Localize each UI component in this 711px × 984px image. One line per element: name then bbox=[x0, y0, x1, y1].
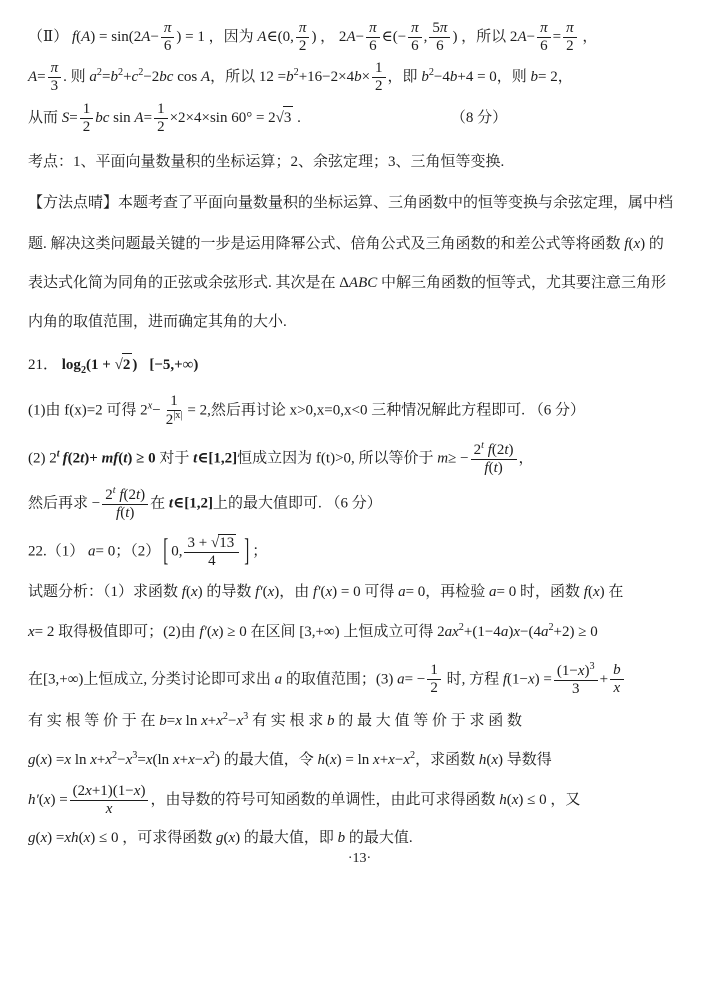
text-run: 6 bbox=[369, 38, 377, 54]
text-run: ) 的 bbox=[640, 236, 664, 252]
text-run: 时, 方程 bbox=[443, 671, 503, 687]
text-run: ，由导数的符号可知函数的单调性，由此可求得函数 bbox=[150, 792, 499, 808]
text-run: ) bbox=[140, 487, 145, 503]
method-note-2: 题. 解决这类问题最关键的一步是运用降幂公式、倍角公式及三角函数的和差公式等将函… bbox=[28, 233, 691, 256]
text-run: +16−2×4 bbox=[299, 69, 354, 85]
text-run: −4 bbox=[434, 69, 450, 85]
text-run: a bbox=[89, 69, 97, 85]
math-fraction: 12 bbox=[427, 662, 441, 698]
text-run: 2 bbox=[375, 78, 383, 94]
text-run: +2) ≥ 0 bbox=[554, 624, 598, 640]
text-run: −2 bbox=[143, 69, 159, 85]
text-run: ln bbox=[182, 713, 201, 729]
text-run: (ln bbox=[153, 752, 173, 768]
text-run: = − bbox=[405, 671, 426, 687]
fraction-denominator: 2 bbox=[154, 119, 168, 136]
text-run: = bbox=[69, 110, 77, 126]
text-run: ) = 0 可得 bbox=[332, 584, 398, 600]
text-run: = bbox=[553, 29, 561, 45]
document-page: （Ⅱ） f(A) = sin(2A−π6) = 1 ，因为 A∈(0,π2) ，… bbox=[0, 0, 711, 984]
radicand: 2 bbox=[122, 353, 133, 377]
text-run: (2) 2 bbox=[28, 451, 57, 467]
analysis-6: h′(x) =(2x+1)(1−x)x，由导数的符号可知函数的单调性，由此可求得… bbox=[28, 783, 691, 819]
text-run: ) 导数得 bbox=[498, 752, 552, 768]
math-sqrt: √3 bbox=[276, 106, 294, 130]
analysis-4: 有 实 根 等 价 于 在 b=x ln x+x2−x3 有 实 根 求 b 的… bbox=[28, 710, 691, 733]
text-run: π bbox=[299, 20, 307, 36]
text-run: a bbox=[489, 584, 497, 600]
method-note-3: 表达式化简为同角的正弦或余弦形式. 其次是在 ΔABC 中解三角函数的恒等式，尤… bbox=[28, 272, 691, 295]
fraction-denominator: 6 bbox=[161, 38, 175, 55]
text-run: 1 bbox=[170, 393, 178, 409]
text-run: ) 的最大值，即 bbox=[235, 830, 338, 846]
text-run: x bbox=[28, 624, 35, 640]
fraction-numerator: 3 + √13 bbox=[184, 534, 239, 553]
math-fraction: 12|x| bbox=[163, 393, 186, 430]
page-footer: ·13· bbox=[28, 851, 691, 867]
text-run: (2 bbox=[123, 487, 136, 503]
text-run: a bbox=[88, 544, 96, 560]
fraction-denominator: f(t) bbox=[481, 460, 505, 477]
text-run: 对于 bbox=[156, 451, 194, 467]
text-run: f′ bbox=[199, 624, 206, 640]
math-fraction: π6 bbox=[366, 20, 380, 56]
text-run: − bbox=[195, 752, 203, 768]
fraction-numerator: 2t f(2t) bbox=[102, 486, 148, 505]
text-run: 恒成立因为 f(t)>0, 所以等价于 bbox=[237, 451, 437, 467]
text-run: π bbox=[51, 60, 59, 76]
text-run: log bbox=[62, 357, 81, 373]
analysis-5: g(x) =x ln x+x2−x3=x(ln x+x−x2) 的最大值，令 h… bbox=[28, 749, 691, 772]
text-run: A bbox=[28, 69, 37, 85]
text-run: mf bbox=[102, 451, 119, 467]
text-run: ∈(− bbox=[382, 29, 407, 45]
text-run: ABC bbox=[349, 275, 377, 291]
text-run: . bbox=[293, 110, 301, 126]
text-run: xh bbox=[64, 830, 78, 846]
math-sqrt: √2 bbox=[115, 353, 133, 377]
text-run: 6 bbox=[164, 38, 172, 54]
method-note-4: 内角的取值范围，进而确定其角的大小. bbox=[28, 311, 691, 334]
text-run: ) 的最大值，令 bbox=[215, 752, 318, 768]
math-fraction: π2 bbox=[563, 20, 577, 56]
text-run: π bbox=[440, 20, 448, 36]
text-run: 2 bbox=[299, 38, 307, 54]
text-run: ) ，所以 2 bbox=[452, 29, 517, 45]
fraction-numerator: 1 bbox=[80, 101, 94, 119]
text-run: 题. 解决这类问题最关键的一步是运用降幂公式、倍角公式及三角函数的和差公式等将函… bbox=[28, 236, 624, 252]
text-run: h′ bbox=[28, 792, 39, 808]
text-run: ) ， 2 bbox=[311, 29, 346, 45]
math-fraction: π6 bbox=[408, 20, 422, 56]
text-run: cos bbox=[173, 69, 201, 85]
text-run: ) = bbox=[47, 752, 64, 768]
text-run: 3 + bbox=[187, 535, 210, 551]
fraction-denominator: 3 bbox=[569, 681, 583, 698]
text-run: , bbox=[424, 29, 428, 45]
text-run: x bbox=[85, 783, 92, 799]
text-run: [ bbox=[163, 529, 168, 576]
text-run: = bbox=[37, 69, 45, 85]
text-run: 1 bbox=[375, 60, 383, 76]
text-run: （8 分） bbox=[451, 110, 507, 126]
sol-II-line-3: 从而 S=12bc sin A=12×2×4×sin 60° = 2√3 .（8… bbox=[28, 101, 691, 137]
math-fraction: bx bbox=[610, 662, 624, 698]
text-run: +(1−4 bbox=[464, 624, 501, 640]
text-run: π bbox=[540, 20, 548, 36]
text-run: (1− bbox=[507, 671, 528, 687]
text-run: x bbox=[593, 584, 600, 600]
text-run: 3 bbox=[51, 78, 59, 94]
text-run: π bbox=[411, 20, 419, 36]
text-run: x bbox=[373, 752, 380, 768]
text-run: = bbox=[167, 713, 175, 729]
text-run: = bbox=[144, 110, 152, 126]
fraction-numerator: π bbox=[408, 20, 422, 38]
text-run: g bbox=[28, 752, 36, 768]
text-run: （Ⅱ） bbox=[28, 29, 72, 45]
text-run: x bbox=[403, 752, 410, 768]
fraction-numerator: π bbox=[161, 20, 175, 38]
text-run: ) 的导数 bbox=[198, 584, 256, 600]
text-run: + bbox=[208, 713, 216, 729]
text-run: b bbox=[159, 713, 167, 729]
ans-21: 21． log2(1 + √2)[−5,+∞) bbox=[28, 353, 691, 377]
text-run: π bbox=[566, 20, 574, 36]
fraction-denominator: 6 bbox=[537, 38, 551, 55]
radicand: 3 bbox=[283, 106, 294, 130]
text-run: 1 bbox=[157, 101, 165, 117]
math-fraction: 5π6 bbox=[429, 20, 450, 56]
fraction-denominator: 2 bbox=[563, 38, 577, 55]
text-run: ) = bbox=[50, 792, 67, 808]
text-run: x bbox=[106, 801, 113, 817]
text-run: )+ bbox=[84, 451, 101, 467]
text-run: (2 bbox=[68, 451, 81, 467]
fraction-denominator: x bbox=[610, 680, 623, 697]
text-run: |x| bbox=[173, 410, 182, 421]
text-run: . 则 bbox=[63, 69, 89, 85]
text-run: 考点：1、平面向量数量积的坐标运算；2、余弦定理；3、三角恒等变换. bbox=[28, 154, 504, 170]
fraction-denominator: 2 bbox=[372, 78, 386, 95]
text-run: x bbox=[146, 752, 153, 768]
fraction-numerator: 1 bbox=[167, 393, 181, 411]
text-run: a bbox=[398, 584, 406, 600]
fraction-denominator: 6 bbox=[366, 38, 380, 55]
text-run: 1 bbox=[430, 662, 438, 678]
text-run: b bbox=[286, 69, 294, 85]
text-run: f bbox=[484, 442, 492, 458]
text-run: x bbox=[528, 671, 535, 687]
text-run: + bbox=[123, 69, 131, 85]
text-run: = 2 取得极值即可；(2)由 bbox=[35, 624, 200, 640]
text-run: 试题分析：（1）求函数 bbox=[28, 584, 182, 600]
text-run: 在 bbox=[150, 495, 169, 511]
math-fraction: 2t f(2t)f(t) bbox=[102, 486, 148, 523]
text-run: ≥ − bbox=[448, 451, 468, 467]
text-run: A bbox=[517, 29, 526, 45]
text-run: 3 bbox=[572, 681, 580, 697]
fraction-denominator: f(t) bbox=[113, 505, 137, 522]
math-fraction: (2x+1)(1−x)x bbox=[70, 783, 149, 819]
method-note-1: 【方法点晴】本题考查了平面向量数量积的坐标运算、三角函数中的恒等变换与余弦定理，… bbox=[28, 192, 691, 215]
fraction-denominator: x bbox=[103, 801, 116, 818]
fraction-numerator: 1 bbox=[154, 101, 168, 119]
text-run: (1− bbox=[557, 663, 578, 679]
text-run: x bbox=[513, 624, 520, 640]
math-fraction: 3 + √134 bbox=[184, 534, 239, 571]
text-run: m bbox=[437, 451, 448, 467]
text-run: sin bbox=[109, 110, 134, 126]
text-run: 2 bbox=[157, 119, 165, 135]
text-run: g bbox=[28, 830, 36, 846]
text-run: ) ≥ 0 在区间 [3,+∞) 上恒成立可得 2 bbox=[219, 624, 445, 640]
text-run: [−5,+∞) bbox=[149, 357, 198, 373]
math-fraction: π2 bbox=[296, 20, 310, 56]
text-run: ax bbox=[445, 624, 459, 640]
analysis-2: x= 2 取得极值即可；(2)由 f′(x) ≥ 0 在区间 [3,+∞) 上恒… bbox=[28, 621, 691, 644]
page-number: ·13· bbox=[348, 851, 371, 866]
text-run: 内角的取值范围，进而确定其角的大小. bbox=[28, 314, 287, 330]
kaodian: 考点：1、平面向量数量积的坐标运算；2、余弦定理；3、三角恒等变换. bbox=[28, 151, 691, 174]
fraction-denominator: 3 bbox=[48, 78, 62, 95]
text-run: 上的最大值即可. （6 分） bbox=[213, 495, 382, 511]
text-run: f′ bbox=[255, 584, 262, 600]
text-run: 21． bbox=[28, 357, 62, 373]
text-run: 然后再求 − bbox=[28, 495, 100, 511]
text-run: − bbox=[527, 29, 535, 45]
sol-II-line-2: A=π3. 则 a2=b2+c2−2bc cos A，所以 12 =b2+16−… bbox=[28, 60, 691, 96]
text-run: ，所以 12 = bbox=[210, 69, 286, 85]
text-run: x bbox=[330, 752, 337, 768]
text-run: h bbox=[499, 792, 507, 808]
text-run: A bbox=[134, 110, 143, 126]
text-run: x bbox=[191, 584, 198, 600]
sol-II-line-1: （Ⅱ） f(A) = sin(2A−π6) = 1 ，因为 A∈(0,π2) ，… bbox=[28, 20, 691, 56]
fraction-numerator: π bbox=[366, 20, 380, 38]
ans-21-1: (1)由 f(x)=2 可得 2x−12|x|= 2,然后再讨论 x>0,x=0… bbox=[28, 393, 691, 430]
text-run: ) = sin(2 bbox=[90, 29, 141, 45]
text-run: t bbox=[57, 449, 60, 460]
analysis-1: 试题分析：（1）求函数 f(x) 的导数 f′(x)，由 f′(x) = 0 可… bbox=[28, 581, 691, 604]
text-run: h bbox=[317, 752, 325, 768]
math-fraction: 12 bbox=[154, 101, 168, 137]
fraction-numerator: 1 bbox=[427, 662, 441, 680]
text-run: bc bbox=[95, 110, 109, 126]
fraction-numerator: 2t f(2t) bbox=[471, 441, 517, 460]
text-run: ln bbox=[71, 752, 90, 768]
math-fraction: π6 bbox=[161, 20, 175, 56]
text-run: b bbox=[421, 69, 429, 85]
text-run: bc bbox=[159, 69, 173, 85]
math-fraction: π6 bbox=[537, 20, 551, 56]
text-run: ) bbox=[132, 357, 137, 373]
fraction-numerator: π bbox=[537, 20, 551, 38]
text-run: 2 bbox=[105, 487, 113, 503]
text-run: 中解三角函数的恒等式，尤其要注意三角形 bbox=[377, 275, 666, 291]
text-run: ) ≤ 0 ，可求得函数 bbox=[90, 830, 216, 846]
text-run: ) = bbox=[47, 830, 64, 846]
text-run: ，求函数 bbox=[415, 752, 479, 768]
text-run: 6 bbox=[540, 38, 548, 54]
document-content: （Ⅱ） f(A) = sin(2A−π6) = 1 ，因为 A∈(0,π2) ，… bbox=[28, 20, 691, 849]
text-run: − bbox=[117, 752, 125, 768]
text-run: (2 bbox=[73, 783, 86, 799]
text-run: (1)由 f(x)=2 可得 2 bbox=[28, 402, 148, 418]
text-run: b bbox=[110, 69, 118, 85]
fraction-denominator: 2 bbox=[296, 38, 310, 55]
text-run: 6 bbox=[411, 38, 419, 54]
text-run: + bbox=[600, 671, 608, 687]
text-run: π bbox=[369, 20, 377, 36]
text-run: ， bbox=[579, 29, 598, 45]
math-sqrt: √13 bbox=[211, 534, 236, 552]
text-run: a bbox=[397, 671, 405, 687]
text-run: x bbox=[175, 713, 182, 729]
text-run: ∈[1,2] bbox=[197, 451, 237, 467]
text-run: A bbox=[81, 29, 90, 45]
text-run: ) = ln bbox=[337, 752, 373, 768]
text-run: x bbox=[188, 752, 195, 768]
text-run: = 0 时，函数 bbox=[497, 584, 584, 600]
math-fraction: 12 bbox=[372, 60, 386, 96]
math-fraction: (1−x)33 bbox=[554, 662, 598, 699]
fraction-denominator: 6 bbox=[408, 38, 422, 55]
text-run: b bbox=[613, 662, 621, 678]
text-run: ) bbox=[129, 505, 134, 521]
text-run: A bbox=[346, 29, 355, 45]
text-run: 2 bbox=[430, 680, 438, 696]
fraction-numerator: 5π bbox=[429, 20, 450, 38]
text-run: x bbox=[613, 680, 620, 696]
text-run: = 0；（2） bbox=[96, 544, 161, 560]
text-run: ∈[1,2] bbox=[173, 495, 213, 511]
text-run: ] bbox=[244, 529, 249, 576]
text-run: (1 + bbox=[86, 357, 115, 373]
text-run: 5 bbox=[432, 20, 440, 36]
text-run: − bbox=[356, 29, 364, 45]
text-run: 0, bbox=[171, 544, 182, 560]
text-run: 2 bbox=[83, 119, 91, 135]
fraction-denominator: 6 bbox=[433, 38, 447, 55]
text-run: π bbox=[164, 20, 172, 36]
text-run: x bbox=[201, 713, 208, 729]
fraction-numerator: 1 bbox=[372, 60, 386, 78]
text-run: = 2， bbox=[538, 69, 573, 85]
text-run: 1 bbox=[83, 101, 91, 117]
text-run: b bbox=[354, 69, 362, 85]
text-run: = 2,然后再讨论 x>0,x=0,x<0 三种情况解此方程即可. （6 分） bbox=[187, 402, 585, 418]
text-run: 的最大值. bbox=[345, 830, 413, 846]
text-run: ， bbox=[519, 451, 534, 467]
text-run: ) bbox=[140, 783, 145, 799]
text-run: x bbox=[212, 624, 219, 640]
text-run: −(4 bbox=[520, 624, 541, 640]
analysis-7: g(x) =xh(x) ≤ 0 ，可求得函数 g(x) 的最大值，即 b 的最大… bbox=[28, 827, 691, 850]
text-run: 2 bbox=[474, 442, 482, 458]
text-run: ) ≤ 0 ，又 bbox=[518, 792, 580, 808]
text-run: 3 bbox=[590, 661, 595, 672]
text-run: × bbox=[362, 69, 370, 85]
text-run: − bbox=[150, 29, 158, 45]
text-run: x bbox=[90, 752, 97, 768]
text-run: x bbox=[578, 663, 585, 679]
fraction-numerator: π bbox=[563, 20, 577, 38]
text-run: ，即 bbox=[388, 69, 422, 85]
text-run: x bbox=[491, 752, 498, 768]
text-run: ∈(0, bbox=[267, 29, 294, 45]
text-run: ) = bbox=[535, 671, 552, 687]
fraction-numerator: (2x+1)(1−x) bbox=[70, 783, 149, 801]
text-run: x bbox=[203, 752, 210, 768]
text-run: 22.（1） bbox=[28, 544, 88, 560]
text-run: x bbox=[216, 713, 223, 729]
text-run: + bbox=[380, 752, 388, 768]
text-run: = 0，再检验 bbox=[406, 584, 489, 600]
text-run: A bbox=[201, 69, 210, 85]
text-run: 2 bbox=[566, 38, 574, 54]
text-run: 在[3,+∞)上恒成立, 分类讨论即可求出 bbox=[28, 671, 275, 687]
text-run: + bbox=[180, 752, 188, 768]
text-run: ； bbox=[252, 544, 267, 560]
text-run: 【方法点晴】本题考查了平面向量数量积的坐标运算、三角函数中的恒等变换与余弦定理，… bbox=[28, 195, 673, 211]
fraction-numerator: b bbox=[610, 662, 624, 680]
text-run: ) bbox=[509, 442, 514, 458]
math-fraction: 2t f(2t)f(t) bbox=[471, 441, 517, 478]
text-run: A bbox=[257, 29, 266, 45]
text-run: 的 最 大 值 等 价 于 求 函 数 bbox=[334, 713, 522, 729]
ans-21-2b: 然后再求 −2t f(2t)f(t)在 t∈[1,2]上的最大值即可. （6 分… bbox=[28, 486, 691, 523]
text-run: 有 实 根 求 bbox=[248, 713, 327, 729]
ans-22: 22.（1） a= 0；（2）[0,3 + √134]； bbox=[28, 534, 691, 571]
text-run: ) 在 bbox=[600, 584, 624, 600]
text-run: ) bbox=[498, 460, 503, 476]
text-run: ) ≥ 0 bbox=[127, 451, 155, 467]
text-run: 的取值范围；(3) bbox=[282, 671, 397, 687]
text-run: 表达式化简为同角的正弦或余弦形式. 其次是在 Δ bbox=[28, 275, 349, 291]
fraction-denominator: 2|x| bbox=[163, 411, 186, 429]
ans-21-2a: (2) 2tf(2t)+ mf(t) ≥ 0 对于 t∈[1,2]恒成立因为 f… bbox=[28, 441, 691, 478]
text-run: 有 实 根 等 价 于 在 bbox=[28, 713, 159, 729]
text-run: )，由 bbox=[274, 584, 313, 600]
text-run: = bbox=[137, 752, 145, 768]
text-run: (2 bbox=[492, 442, 505, 458]
radicand: 13 bbox=[218, 534, 236, 552]
math-fraction: π3 bbox=[48, 60, 62, 96]
text-run: 从而 bbox=[28, 110, 62, 126]
fraction-denominator: 2 bbox=[80, 119, 94, 136]
math-fraction: 12 bbox=[80, 101, 94, 137]
text-run: x bbox=[388, 752, 395, 768]
text-run: x bbox=[173, 752, 180, 768]
text-run: 6 bbox=[436, 38, 444, 54]
text-run: ) = 1 ，因为 bbox=[176, 29, 257, 45]
fraction-numerator: (1−x)3 bbox=[554, 662, 598, 681]
text-run: 4 bbox=[208, 553, 216, 569]
fraction-numerator: π bbox=[296, 20, 310, 38]
fraction-numerator: π bbox=[48, 60, 62, 78]
text-run: b bbox=[531, 69, 539, 85]
fraction-denominator: 4 bbox=[205, 553, 219, 570]
text-run: ×2×4×sin 60° = 2 bbox=[170, 110, 276, 126]
fraction-denominator: 2 bbox=[427, 680, 441, 697]
analysis-3: 在[3,+∞)上恒成立, 分类讨论即可求出 a 的取值范围；(3) a= −12… bbox=[28, 662, 691, 699]
text-run: +4 = 0，则 bbox=[457, 69, 530, 85]
text-run: − bbox=[152, 402, 160, 418]
text-run: +1)(1− bbox=[92, 783, 134, 799]
